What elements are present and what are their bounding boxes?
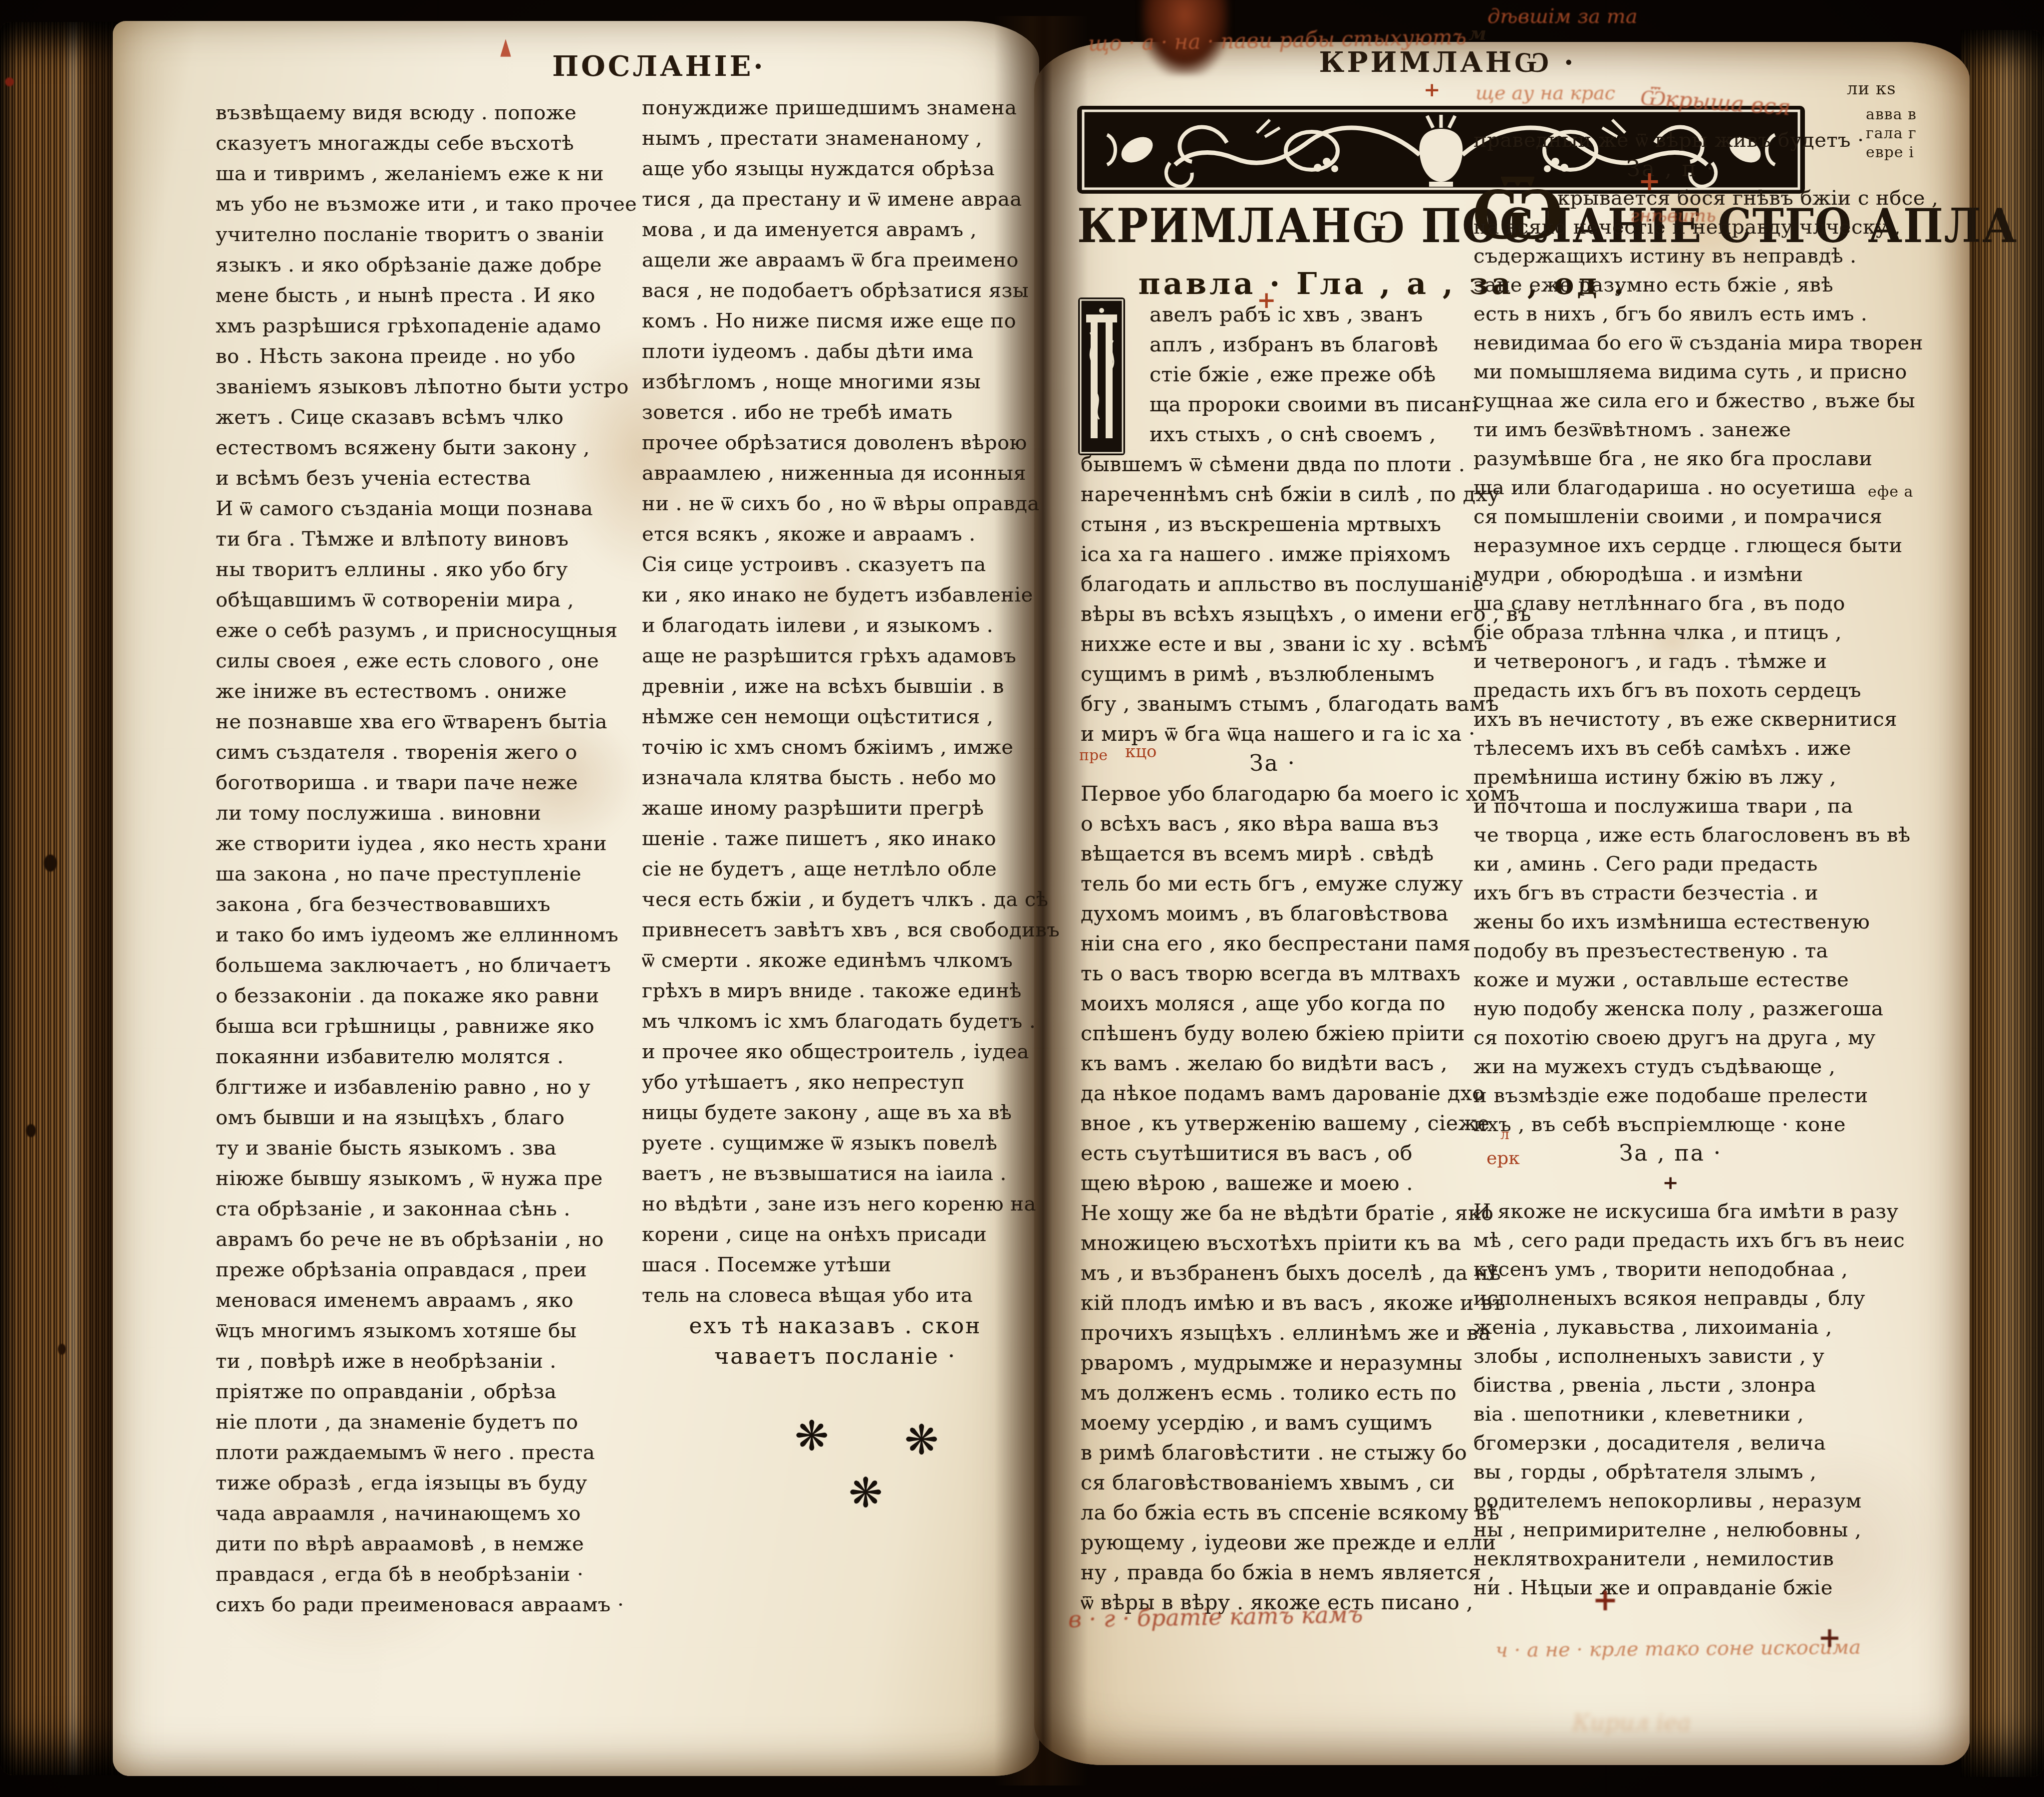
text-line: разумѣвше бга , не яко бга прослави xyxy=(1473,444,1868,473)
text-line: моихъ моляся , аще убо когда по xyxy=(1081,988,1465,1018)
text-line: да нѣкое подамъ вамъ дарованіе дхо xyxy=(1081,1078,1465,1108)
text-line: и благодать іилеви , и языкомъ . xyxy=(642,610,1029,641)
text-line: Первое убо благодарю ба моего іс хомъ xyxy=(1081,779,1465,809)
red-cross-mark: + xyxy=(1424,78,1441,101)
text-line: авраамлею , ниженныа дя исонныя xyxy=(642,458,1029,489)
left-page-column-2: понуждиже пришедшимъ знаменанымъ , прест… xyxy=(642,93,1029,1372)
text-line: симъ създателя . творенія жего о xyxy=(216,737,602,768)
right-page-column-2: праведныи же ѿ вѣры живъ будетъ ·За , п … xyxy=(1473,126,1868,1602)
text-line: ется всякъ , якоже и авраамъ . xyxy=(642,519,1029,550)
text-line: же іниже въ естествомъ . ониже xyxy=(216,676,602,707)
text-line: ихъ бгъ въ страсти безчестіа . и xyxy=(1473,879,1868,907)
text-line: тиже образѣ , егда іязыцы въ буду xyxy=(216,1468,602,1498)
text-line: мова , и да именуется аврамъ , xyxy=(642,215,1029,245)
text-line: руете . сущимже ѿ языкъ повелѣ xyxy=(642,1128,1029,1159)
text-line: ша закона , но паче преступленіе xyxy=(216,859,602,890)
text-line: ся помышленіи своими , и помрачися xyxy=(1473,502,1868,531)
text-line: нихже есте и вы , звани іс ху . всѣмъ xyxy=(1081,629,1465,659)
fleuron-ornament: ❋ xyxy=(904,1417,939,1464)
text-line: вася , не подобаетъ обрѣзатися язы xyxy=(642,276,1029,306)
text-line: възвѣщаему видя всюду . попоже xyxy=(216,98,602,128)
text-line: ніе плоти , да знаменіе будетъ по xyxy=(216,1407,602,1438)
text-line: жетъ . Сице сказавъ всѣмъ члко xyxy=(216,402,602,433)
text-line: языкъ . и яко обрѣзаніе даже добре xyxy=(216,250,602,281)
text-line: моему усердію , и вамъ сущимъ xyxy=(1081,1408,1465,1438)
text-line: о всѣхъ васъ , яко вѣра ваша въз xyxy=(1081,809,1465,839)
text-line: нѣмже сен немощи оцѣститися , xyxy=(642,702,1029,732)
text-line: щею вѣрою , вашеже и моею . xyxy=(1081,1168,1465,1198)
text-line: За , па · xyxy=(1473,1139,1868,1168)
text-line: премѣниша истину бжію въ лжу , xyxy=(1473,763,1868,792)
book-fore-edge-left xyxy=(0,22,123,1775)
text-line: множицею въсхотѣхъ пріити къ ва xyxy=(1081,1228,1465,1258)
text-line: нареченнѣмъ снѣ бжіи в силѣ , по дху xyxy=(1081,479,1465,509)
text-line: и тако бо имъ іудеомъ же еллинномъ xyxy=(216,920,602,950)
text-line: рваромъ , мудрымже и неразумны xyxy=(1081,1348,1465,1378)
text-line: быша вси грѣшницы , равниже яко xyxy=(216,1011,602,1042)
running-head-left: ПОСЛАНІЕ· xyxy=(519,50,799,83)
text-line: ша или благодариша . но осуетиша xyxy=(1473,473,1868,502)
text-line: боготвориша . и твари паче неже xyxy=(216,768,602,798)
text-line: бывшемъ ѿ сѣмени двда по плоти . xyxy=(1081,449,1465,479)
text-line: во . Нѣсть закона преиде . но убо xyxy=(216,341,602,372)
fleuron-ornament: ❋ xyxy=(849,1470,883,1517)
text-line: Не хощу же ба не вѣдѣти братіе , яко xyxy=(1081,1198,1465,1228)
text-line: аврамъ бо рече не въ обрѣзаніи , но xyxy=(216,1224,602,1255)
text-line: и прочее яко общестроитель , іудеа xyxy=(642,1037,1029,1067)
text-line: стыня , из въскрешеніа мртвыхъ xyxy=(1081,509,1465,539)
text-line: віа . шепотники , клеветники , xyxy=(1473,1400,1868,1429)
text-line: изначала клятва бысть . небо мо xyxy=(642,763,1029,793)
red-cross-mark: + xyxy=(1257,287,1276,313)
rubric-pre: пре xyxy=(1079,747,1108,764)
text-line: ехъ тѣ наказавъ . скон xyxy=(642,1311,1029,1341)
text-line: бгомерзки , досадителя , велича xyxy=(1473,1429,1868,1458)
text-line: женіа , лукавьства , лихоиманіа , xyxy=(1473,1313,1868,1342)
text-line: сихъ бо ради преименовася авраамъ · xyxy=(216,1590,602,1620)
text-line: аще не разрѣшится грѣхъ адамовъ xyxy=(642,641,1029,671)
margin-ref-hebrews: евре і xyxy=(1866,144,1914,161)
text-line: рующему , іудеови же прежде и елли xyxy=(1081,1527,1465,1557)
text-line: сіе не будетъ , аще нетлѣло обле xyxy=(642,854,1029,885)
text-line: ки , яко инако не будетъ избавленіе xyxy=(642,580,1029,610)
marginalia-top: ще ау на крас xyxy=(1475,82,1615,104)
text-line: невидимаа бо его ѿ създаніа мира творен xyxy=(1473,328,1868,357)
text-line: преже обрѣзаніа оправдася , преи xyxy=(216,1255,602,1285)
text-line: праведныи же ѿ вѣры живъ будетъ · xyxy=(1473,126,1868,155)
text-line: ну , правда бо бжіа в немъ является , xyxy=(1081,1557,1465,1587)
text-line: ся похотію своею другъ на друга , му xyxy=(1473,1023,1868,1052)
text-line: большема заключаетъ , но бличаетъ xyxy=(216,950,602,981)
marginalia-bottom: ч · а не · крле тако соне искосима xyxy=(1495,1636,1861,1662)
text-line: ащели же авраамъ ѿ бга преимено xyxy=(642,245,1029,276)
text-line: біе образа тлѣнна члка , и птицъ , xyxy=(1473,618,1868,647)
text-line: и всѣмъ безъ ученіа естества xyxy=(216,463,602,494)
text-line: И ѿ самого създаніа мощи познава xyxy=(216,494,602,524)
rubric-el: л xyxy=(1500,1126,1509,1143)
text-line: ти бга . Тѣмже и влѣпоту виновъ xyxy=(216,524,602,555)
text-line: прочее обрѣзатися доволенъ вѣрою xyxy=(642,428,1029,458)
text-line: пріятже по оправданіи , обрѣза xyxy=(216,1377,602,1407)
text-line: учително посланіе творитъ о званіи xyxy=(216,220,602,250)
text-line: ся благовѣствованіемъ хвымъ , си xyxy=(1081,1468,1465,1497)
text-line: убо утѣшаетъ , яко непреступ xyxy=(642,1067,1029,1098)
text-line: о беззаконіи . да покаже яко равни xyxy=(216,981,602,1011)
text-line: же створити іудеа , яко несть храни xyxy=(216,829,602,859)
text-line: ла бо бжіа есть въ спсеніе всякому вѣ xyxy=(1081,1497,1465,1527)
text-line: привнесетъ завѣтъ хвъ , вся свободивъ xyxy=(642,915,1029,945)
text-line: коже и мужи , оставльше естестве xyxy=(1473,965,1868,994)
margin-ref-habakkuk: авва в xyxy=(1866,106,1917,123)
text-line: спѣшенъ буду волею бжіею пріити xyxy=(1081,1018,1465,1048)
text-line: духомъ моимъ , въ благовѣствова xyxy=(1081,898,1465,928)
text-line: ницы будете закону , аще въ ха вѣ xyxy=(642,1098,1029,1128)
text-line: ть о васъ творю всегда въ млтвахъ xyxy=(1081,958,1465,988)
text-line: мене бысть , и нынѣ преста . И яко xyxy=(216,281,602,311)
text-line: къ вамъ . желаю бо видѣти васъ , xyxy=(1081,1048,1465,1078)
ink-speck xyxy=(26,1124,36,1137)
text-line: исполненыхъ всякоя неправды , блу xyxy=(1473,1284,1868,1313)
text-line: сущнаа же сила его и бжество , въже бы xyxy=(1473,386,1868,415)
text-line: ни . Нѣцыи же и оправданіе бжіе xyxy=(1473,1573,1868,1602)
text-line: ніи сна его , яко беспрестани памя xyxy=(1081,928,1465,958)
text-line: тель на словеса вѣщая убо ита xyxy=(642,1280,1029,1311)
text-line: жаше иному разрѣшити прегрѣ xyxy=(642,793,1029,824)
text-line: вѣры въ всѣхъ языцѣхъ , о имени его , въ xyxy=(1081,599,1465,629)
marginalia-ghost: Кирил іеа xyxy=(1572,1709,1691,1736)
text-line: злобы , исполненыхъ зависти , у xyxy=(1473,1342,1868,1371)
margin-ref-galatians: гала г xyxy=(1866,125,1917,142)
text-line: есть в нихъ , бгъ бо явилъ есть имъ . xyxy=(1473,299,1868,328)
text-line: предасть ихъ бгъ въ похоть сердецъ xyxy=(1473,676,1868,705)
text-line: тися , да престану и ѿ имене авраа xyxy=(642,184,1029,215)
text-line: сказуетъ многажды себе въсхотѣ xyxy=(216,128,602,159)
text-line: родителемъ непокорливы , неразум xyxy=(1473,1487,1868,1515)
text-line: мъ члкомъ іс хмъ благодать будетъ . xyxy=(642,1006,1029,1037)
text-line: ны , непримирителне , нелюбовны , xyxy=(1473,1515,1868,1544)
text-line: ваетъ , не възвышатися на іаила . xyxy=(642,1159,1029,1189)
text-line: чада авраамля , начинающемъ хо xyxy=(216,1498,602,1529)
text-line: силы своея , еже есть слового , оне xyxy=(216,646,602,676)
text-line: ша и тивримъ , желаніемъ еже к ни xyxy=(216,159,602,189)
text-line: омъ бывши и на языцѣхъ , благо xyxy=(216,1103,602,1133)
text-line: естествомъ всяжену быти закону , xyxy=(216,433,602,463)
text-line: кусенъ умъ , творити неподобнаа , xyxy=(1473,1255,1868,1284)
text-line: За , п · xyxy=(1473,155,1868,184)
rubric-kco: кцо xyxy=(1125,742,1157,762)
text-line: еже о себѣ разумъ , и присносущныя xyxy=(216,615,602,646)
text-line: меновася именемъ авраамъ , яко xyxy=(216,1285,602,1316)
book-photo: ПОСЛАНІЕ· КРИМЛАНѠ · м xyxy=(0,0,2044,1797)
text-line: ихъ стыхъ , о снѣ своемъ , xyxy=(1081,419,1465,449)
text-line: неклятвохранители , немилостив xyxy=(1473,1544,1868,1573)
text-line: жи на мужехъ студъ съдѣвающе , xyxy=(1473,1052,1868,1081)
text-line: правдася , егда бѣ в необрѣзаніи · xyxy=(216,1559,602,1590)
text-line: Сія сице устроивъ . сказуетъ па xyxy=(642,550,1029,580)
text-line: подобу въ презъестественую . та xyxy=(1473,936,1868,965)
text-line: ти имъ безѿвѣтномъ . занеже xyxy=(1473,415,1868,444)
text-line: покаянни избавителю молятся . xyxy=(216,1042,602,1072)
text-line: и четвероногъ , и гадъ . тѣмже и xyxy=(1473,647,1868,676)
text-line: аплъ , избранъ въ благовѣ xyxy=(1081,329,1465,359)
text-line: мѣ , сего ради предасть ихъ бгъ въ неис xyxy=(1473,1226,1868,1255)
text-line: ніюже бывшу языкомъ , ѿ нужа пре xyxy=(216,1164,602,1194)
book-fore-edge-right xyxy=(1961,30,2044,1777)
text-line: мъ долженъ есмь . толико есть по xyxy=(1081,1378,1465,1408)
text-line: званіемъ языковъ лѣпотно быти устро xyxy=(216,372,602,402)
text-line: мъ , и възбраненъ быхъ доселѣ , да нѣ xyxy=(1081,1258,1465,1288)
text-line: шася . Посемже утѣши xyxy=(642,1250,1029,1280)
marginalia-top: дѣвшім за та xyxy=(1487,5,1638,28)
text-line: зовется . ибо не требѣ имать xyxy=(642,397,1029,428)
marginalia-bottom: в · г · братіе катъ камъ xyxy=(1068,1601,1363,1633)
text-line: ми помышляема видима суть , и присно xyxy=(1473,357,1868,386)
text-line: ти , повѣрѣ иже в необрѣзаніи . xyxy=(216,1346,602,1377)
text-line: вное , къ утверженію вашему , сіеже xyxy=(1081,1108,1465,1138)
text-line: шеніе . таже пишетъ , яко инако xyxy=(642,824,1029,854)
text-line: плоти іудеомъ . дабы дѣти има xyxy=(642,336,1029,367)
text-line: избѣгломъ , ноще многими язы xyxy=(642,367,1029,397)
running-head-superscript: м xyxy=(1468,22,1486,44)
text-line: блгтиже и избавленію равно , но у xyxy=(216,1072,602,1103)
text-line: стіе бжіе , еже преже обѣ xyxy=(1081,359,1465,389)
text-line: че творца , иже есть благословенъ въ вѣ xyxy=(1473,821,1868,850)
marginalia-cross: + xyxy=(1592,1581,1618,1618)
text-line: тель бо ми есть бгъ , емуже служу xyxy=(1081,869,1465,898)
text-line: неразумное ихъ сердце . глющеся быти xyxy=(1473,531,1868,560)
text-line: съдержащихъ истину въ неправдѣ . xyxy=(1473,242,1868,271)
text-line: мъ убо не възможе ити , и тако прочее xyxy=(216,189,602,220)
margin-ref-ephesians: ефе а xyxy=(1868,483,1913,501)
text-line: аще убо языцы нуждатся обрѣза xyxy=(642,154,1029,184)
text-line: ша славу нетлѣннаго бга , въ подо xyxy=(1473,589,1868,618)
left-page-column-1: възвѣщаему видя всюду . попожесказуетъ м… xyxy=(216,98,602,1620)
text-line: чеся есть бжіи , и будетъ члкъ . да сѣ xyxy=(642,885,1029,915)
rubric-erk: ерк xyxy=(1486,1148,1520,1169)
text-line: ту и званіе бысть языкомъ . зва xyxy=(216,1133,602,1164)
text-line: іса ха га нашего . имже пріяхомъ xyxy=(1081,539,1465,569)
text-line: закона , бга безчествовавшихъ xyxy=(216,890,602,920)
text-line: понуждиже пришедшимъ знамена xyxy=(642,93,1029,123)
text-line: ихъ , въ себѣ въспріемлюще · коне xyxy=(1473,1110,1868,1139)
marginalia-cross: + xyxy=(1818,1621,1841,1654)
text-line: комъ . Но ниже писмя иже еще по xyxy=(642,306,1029,336)
text-line: бгу , званымъ стымъ , благодать вамъ xyxy=(1081,689,1465,719)
text-line: не познавше хва его ѿтваренъ бытіа xyxy=(216,707,602,737)
text-line: біиства , рвеніа , льсти , злонра xyxy=(1473,1371,1868,1400)
text-line: благодать и апльство въ послушаніе xyxy=(1081,569,1465,599)
text-line: сущимъ в римѣ , възлюбленымъ xyxy=(1081,659,1465,689)
text-line: плоти раждаемымъ ѿ него . преста xyxy=(216,1438,602,1468)
text-line: ни . не ѿ сихъ бо , но ѿ вѣры оправда xyxy=(642,489,1029,519)
marginalia-top: гнѣвить xyxy=(1630,206,1716,226)
text-line: корени , сице на онѣхъ присади xyxy=(642,1219,1029,1250)
text-line: + xyxy=(1473,1168,1868,1197)
text-line: и почтоша и послужиша твари , па xyxy=(1473,792,1868,821)
text-line: чаваетъ посланіе · xyxy=(642,1341,1029,1372)
text-line: хмъ разрѣшися грѣхопаденіе адамо xyxy=(216,311,602,341)
text-line: есть съутѣшитися въ васъ , об xyxy=(1081,1138,1465,1168)
text-line: мудри , обюродѣша . и измѣни xyxy=(1473,560,1868,589)
text-line: кій плодъ имѣю и въ васъ , якоже и въ xyxy=(1081,1288,1465,1318)
text-line: обѣщавшимъ ѿ сотвореніи мира , xyxy=(216,585,602,615)
red-dot xyxy=(5,77,14,86)
fleuron-ornament: ❋ xyxy=(795,1413,829,1460)
ink-speck xyxy=(58,1344,66,1355)
text-line: нымъ , престати знаменаному , xyxy=(642,123,1029,154)
text-line: дити по вѣрѣ авраамовѣ , в немже xyxy=(216,1529,602,1559)
text-line: ихъ въ нечистоту , въ еже сквернитися xyxy=(1473,705,1868,734)
text-line: ѿ смерти . якоже единѣмъ члкомъ xyxy=(642,945,1029,976)
text-line: жены бо ихъ измѣниша естественую xyxy=(1473,907,1868,936)
text-line: ѿцъ многимъ языкомъ хотяше бы xyxy=(216,1316,602,1346)
text-line: ны творитъ еллины . яко убо бгу xyxy=(216,555,602,585)
text-line: древніи , иже на всѣхъ бывшіи . в xyxy=(642,671,1029,702)
text-line: ста обрѣзаніе , и законнаа сѣнь . xyxy=(216,1194,602,1224)
text-line: точію іс хмъ сномъ бжіимъ , имже xyxy=(642,732,1029,763)
margin-ref-luke: ли кѕ xyxy=(1847,79,1896,99)
text-line: И якоже не искусиша бга имѣти в разу xyxy=(1473,1197,1868,1226)
text-line: зане еже разумно есть бжіе , явѣ xyxy=(1473,271,1868,299)
text-line: но вѣдѣти , зане изъ него кореню на xyxy=(642,1189,1029,1219)
text-line: вы , горды , обрѣтателя злымъ , xyxy=(1473,1458,1868,1487)
text-line: тѣлесемъ ихъ въ себѣ самѣхъ . иже xyxy=(1473,734,1868,763)
text-line: и възмѣздіе еже подобаше прелести xyxy=(1473,1081,1868,1110)
text-line: ки , аминь . Сего ради предасть xyxy=(1473,850,1868,879)
red-cross-mark: + xyxy=(1638,165,1661,197)
text-line: в римѣ благовѣстити . не стыжу бо xyxy=(1081,1438,1465,1468)
text-line: ща пророки своими въ писані xyxy=(1081,389,1465,419)
text-line: грѣхъ в миръ вниде . такоже единѣ xyxy=(642,976,1029,1006)
text-line: ли тому послужиша . виновни xyxy=(216,798,602,829)
text-line: ную подобу женска полу , разжегоша xyxy=(1473,994,1868,1023)
ink-speck xyxy=(44,855,57,872)
text-line: прочихъ языцѣхъ . еллинѣмъ же и ва xyxy=(1081,1318,1465,1348)
text-line: вѣщается въ всемъ мирѣ . свѣдѣ xyxy=(1081,839,1465,869)
right-page-column-1: авелъ рабъ іс хвъ , званъаплъ , избранъ … xyxy=(1081,299,1465,1617)
